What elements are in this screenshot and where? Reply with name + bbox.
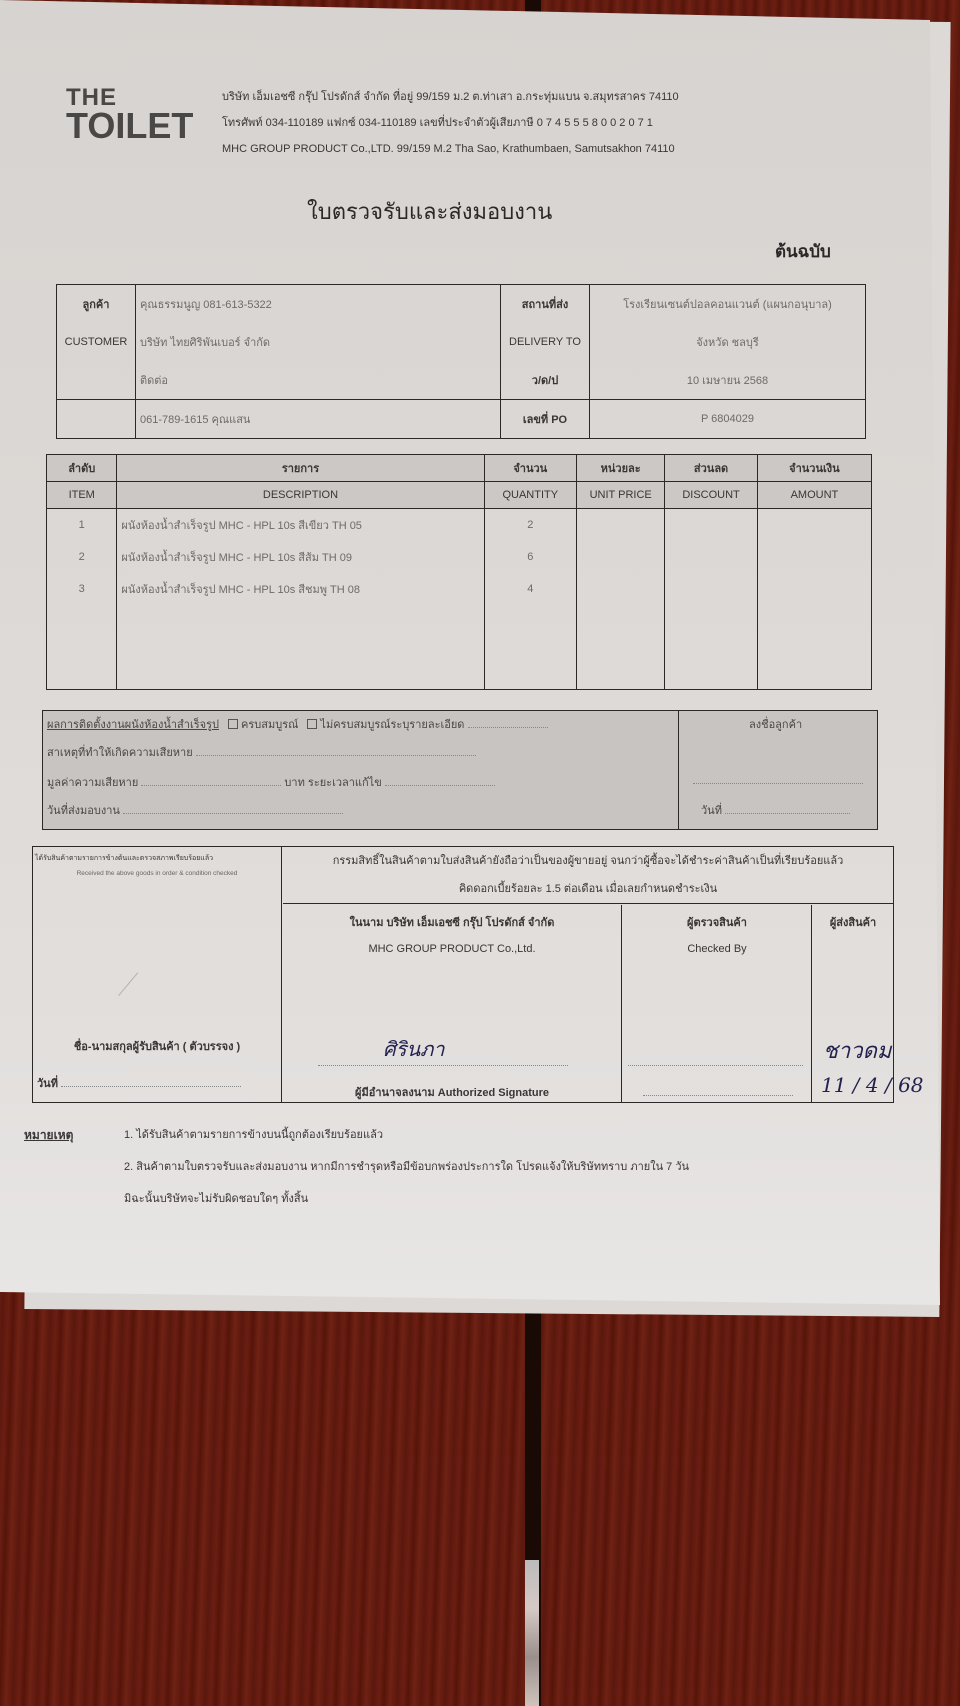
- customer-info-table: ลูกค้า คุณธรรมนูญ 081-613-5322 สถานที่ส่…: [56, 284, 866, 439]
- column-header-th: ส่วนลด: [665, 455, 758, 482]
- customer-label-th: ลูกค้า: [57, 285, 136, 324]
- cell-item: 2: [47, 541, 117, 573]
- cause-field[interactable]: [196, 745, 476, 756]
- table-row: 3ผนังห้องน้ำสำเร็จรูป MHC - HPL 10s สีชม…: [47, 573, 872, 605]
- contact-phone: 061-789-1615 คุณแสน: [136, 400, 501, 439]
- cell-unit-price: [577, 541, 665, 573]
- note-2: 2. สินค้าตามใบตรวจรับและส่งมอบงาน หากมีก…: [124, 1152, 689, 1182]
- cell-unit-price: [577, 605, 665, 690]
- the-toilet-logo: THE TOILET: [66, 86, 193, 144]
- column-header-en: UNIT PRICE: [577, 482, 665, 509]
- po-value: P 6804029: [590, 400, 866, 439]
- cell-quantity: 2: [484, 509, 577, 542]
- customer-contact-name: คุณธรรมนูญ 081-613-5322: [136, 285, 501, 324]
- customer-label-en: CUSTOMER: [57, 323, 136, 361]
- sender-column: ผู้ส่งสินค้า ชาวดม 11 / 4 / 68: [813, 905, 893, 1102]
- column-header-th: หน่วยละ: [577, 455, 665, 482]
- date-label: ว/ด/ป: [501, 361, 590, 400]
- customer-sign-field[interactable]: [693, 773, 863, 784]
- notes-heading: หมายเหตุ: [24, 1120, 73, 1150]
- items-table: ลำดับรายการจำนวนหน่วยละส่วนลดจำนวนเงิน I…: [46, 454, 872, 690]
- checker-column: ผู้ตรวจสินค้า Checked By: [623, 905, 812, 1102]
- handover-date-field[interactable]: [123, 803, 343, 814]
- checker-date-field[interactable]: [643, 1085, 793, 1096]
- ownership-terms: กรรมสิทธิ์ในสินค้าตามใบส่งสินค้ายังถือว่…: [283, 847, 893, 904]
- cell-discount: [665, 573, 758, 605]
- receiver-date-label: วันที่: [37, 1078, 58, 1090]
- cell-description: [117, 605, 484, 690]
- date-value: 10 เมษายน 2568: [590, 361, 866, 400]
- cell-discount: [665, 541, 758, 573]
- complete-checkbox[interactable]: [228, 719, 238, 729]
- cell-discount: [665, 509, 758, 542]
- cell-item: 1: [47, 509, 117, 542]
- table-row: 1ผนังห้องน้ำสำเร็จรูป MHC - HPL 10s สีเข…: [47, 509, 872, 542]
- cell-amount: [757, 605, 871, 690]
- damage-value-field[interactable]: [141, 775, 281, 786]
- installation-result-row: ผลการติดตั้งงานผนังห้องน้ำสำเร็จรูป ครบส…: [47, 715, 548, 733]
- authorized-signature-label: ผู้มีอำนาจลงนาม Authorized Signature: [283, 1083, 621, 1101]
- cause-label: สาเหตุที่ทำให้เกิดความเสียหาย: [47, 747, 193, 759]
- received-statement-en: Received the above goods in order & cond…: [33, 870, 281, 877]
- receipt-signature-section: ได้รับสินค้าตามรายการข้างต้นและตรวจสภาพเ…: [32, 846, 894, 1103]
- column-header-en: DESCRIPTION: [117, 482, 484, 509]
- cell-unit-price: [577, 509, 665, 542]
- cell-quantity: 6: [484, 541, 577, 573]
- fix-time-label: ระยะเวลาแก้ไข: [308, 777, 382, 789]
- cell-item: [47, 605, 117, 690]
- checker-signature-field[interactable]: [628, 1055, 803, 1066]
- sender-handwritten-date: 11 / 4 / 68: [821, 1073, 924, 1097]
- note-2-continued: มิฉะนั้นบริษัทจะไม่รับผิดชอบใดๆ ทั้งสิ้น: [124, 1184, 308, 1214]
- receiver-scribble: [118, 972, 169, 1021]
- cell-item: 3: [47, 573, 117, 605]
- customer-company: บริษัท ไทยศิริพันเบอร์ จำกัด: [136, 323, 501, 361]
- receiver-name-label: ชื่อ-นามสกุลผู้รับสินค้า ( ตัวบรรจง ): [33, 1037, 281, 1055]
- company-contact-th: โทรศัพท์ 034-110189 แฟกซ์ 034-110189 เลข…: [222, 110, 679, 136]
- handover-date-label: วันที่ส่งมอบงาน: [47, 805, 120, 817]
- column-header-en: ITEM: [47, 482, 117, 509]
- document-title: ใบตรวจรับและส่งมอบงาน: [307, 194, 552, 229]
- document-page: THE TOILET บริษัท เอ็มเอชซี กรุ๊ป โปรดัก…: [0, 0, 940, 1305]
- column-header-en: AMOUNT: [757, 482, 871, 509]
- cell-description: ผนังห้องน้ำสำเร็จรูป MHC - HPL 10s สีเขี…: [117, 509, 484, 542]
- cell-amount: [757, 541, 871, 573]
- cell-description: ผนังห้องน้ำสำเร็จรูป MHC - HPL 10s สีส้ม…: [117, 541, 484, 573]
- sender-handwritten-signature: ชาวดม: [823, 1033, 891, 1068]
- customer-sign-date-label: วันที่: [701, 805, 722, 817]
- customer-sign-label: ลงชื่อลูกค้า: [749, 715, 802, 733]
- delivery-place: โรงเรียนเซนต์ปอลคอนแวนต์ (แผนกอนุบาล): [590, 285, 866, 324]
- original-copy-label: ต้นฉบับ: [775, 238, 831, 265]
- column-header-en: QUANTITY: [484, 482, 577, 509]
- company-address-en: MHC GROUP PRODUCT Co.,LTD. 99/159 M.2 Th…: [222, 136, 679, 162]
- fix-time-field[interactable]: [385, 775, 495, 786]
- cell-amount: [757, 509, 871, 542]
- customer-sign-date-field[interactable]: [725, 803, 850, 814]
- cell-quantity: 4: [484, 573, 577, 605]
- company-header: บริษัท เอ็มเอชซี กรุ๊ป โปรดักส์ จำกัด ที…: [222, 84, 679, 162]
- column-header-en: DISCOUNT: [665, 482, 758, 509]
- receiver-date-field[interactable]: [61, 1076, 241, 1087]
- delivery-label-th: สถานที่ส่ง: [501, 285, 590, 324]
- cell-discount: [665, 605, 758, 690]
- po-label: เลขที่ PO: [501, 400, 590, 439]
- floor-tile-strip: [525, 1560, 539, 1706]
- column-header-th: จำนวนเงิน: [757, 455, 871, 482]
- cell-amount: [757, 573, 871, 605]
- damage-value-label: มูลค่าความเสียหาย: [47, 777, 138, 789]
- cell-unit-price: [577, 573, 665, 605]
- delivery-label-en: DELIVERY TO: [501, 323, 590, 361]
- contact-label: ติดต่อ: [136, 361, 501, 400]
- company-signature-field[interactable]: [318, 1055, 568, 1066]
- note-1: 1. ได้รับสินค้าตามรายการข้างบนนี้ถูกต้อง…: [124, 1120, 383, 1150]
- table-row-empty: [47, 605, 872, 690]
- cell-description: ผนังห้องน้ำสำเร็จรูป MHC - HPL 10s สีชมพ…: [117, 573, 484, 605]
- column-header-th: รายการ: [117, 455, 484, 482]
- installation-result-section: ผลการติดตั้งงานผนังห้องน้ำสำเร็จรูป ครบส…: [42, 710, 878, 830]
- column-header-th: จำนวน: [484, 455, 577, 482]
- column-header-th: ลำดับ: [47, 455, 117, 482]
- delivery-province: จังหวัด ชลบุรี: [590, 323, 866, 361]
- received-statement-th: ได้รับสินค้าตามรายการข้างต้นและตรวจสภาพเ…: [33, 847, 281, 870]
- cell-quantity: [484, 605, 577, 690]
- company-signature-column: ในนาม บริษัท เอ็มเอชซี กรุ๊ป โปรดักส์ จำ…: [283, 905, 622, 1102]
- table-row: 2ผนังห้องน้ำสำเร็จรูป MHC - HPL 10s สีส้…: [47, 541, 872, 573]
- company-address-th: บริษัท เอ็มเอชซี กรุ๊ป โปรดักส์ จำกัด ที…: [222, 84, 679, 110]
- incomplete-checkbox[interactable]: [307, 719, 317, 729]
- detail-field[interactable]: [468, 717, 548, 728]
